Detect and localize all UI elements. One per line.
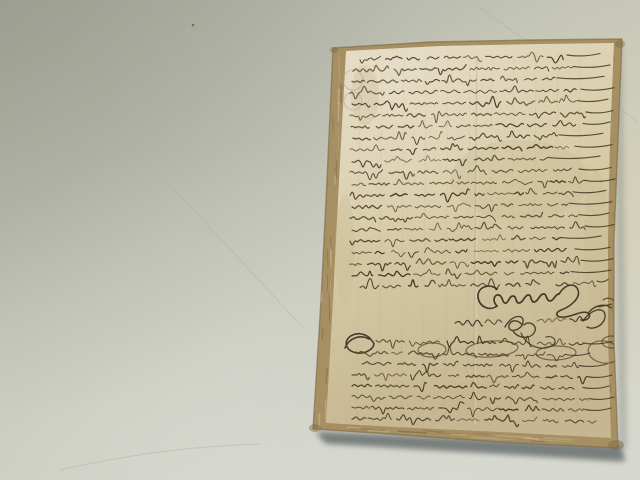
manuscript-photograph xyxy=(0,0,640,480)
manuscript-photo-canvas xyxy=(0,0,640,480)
